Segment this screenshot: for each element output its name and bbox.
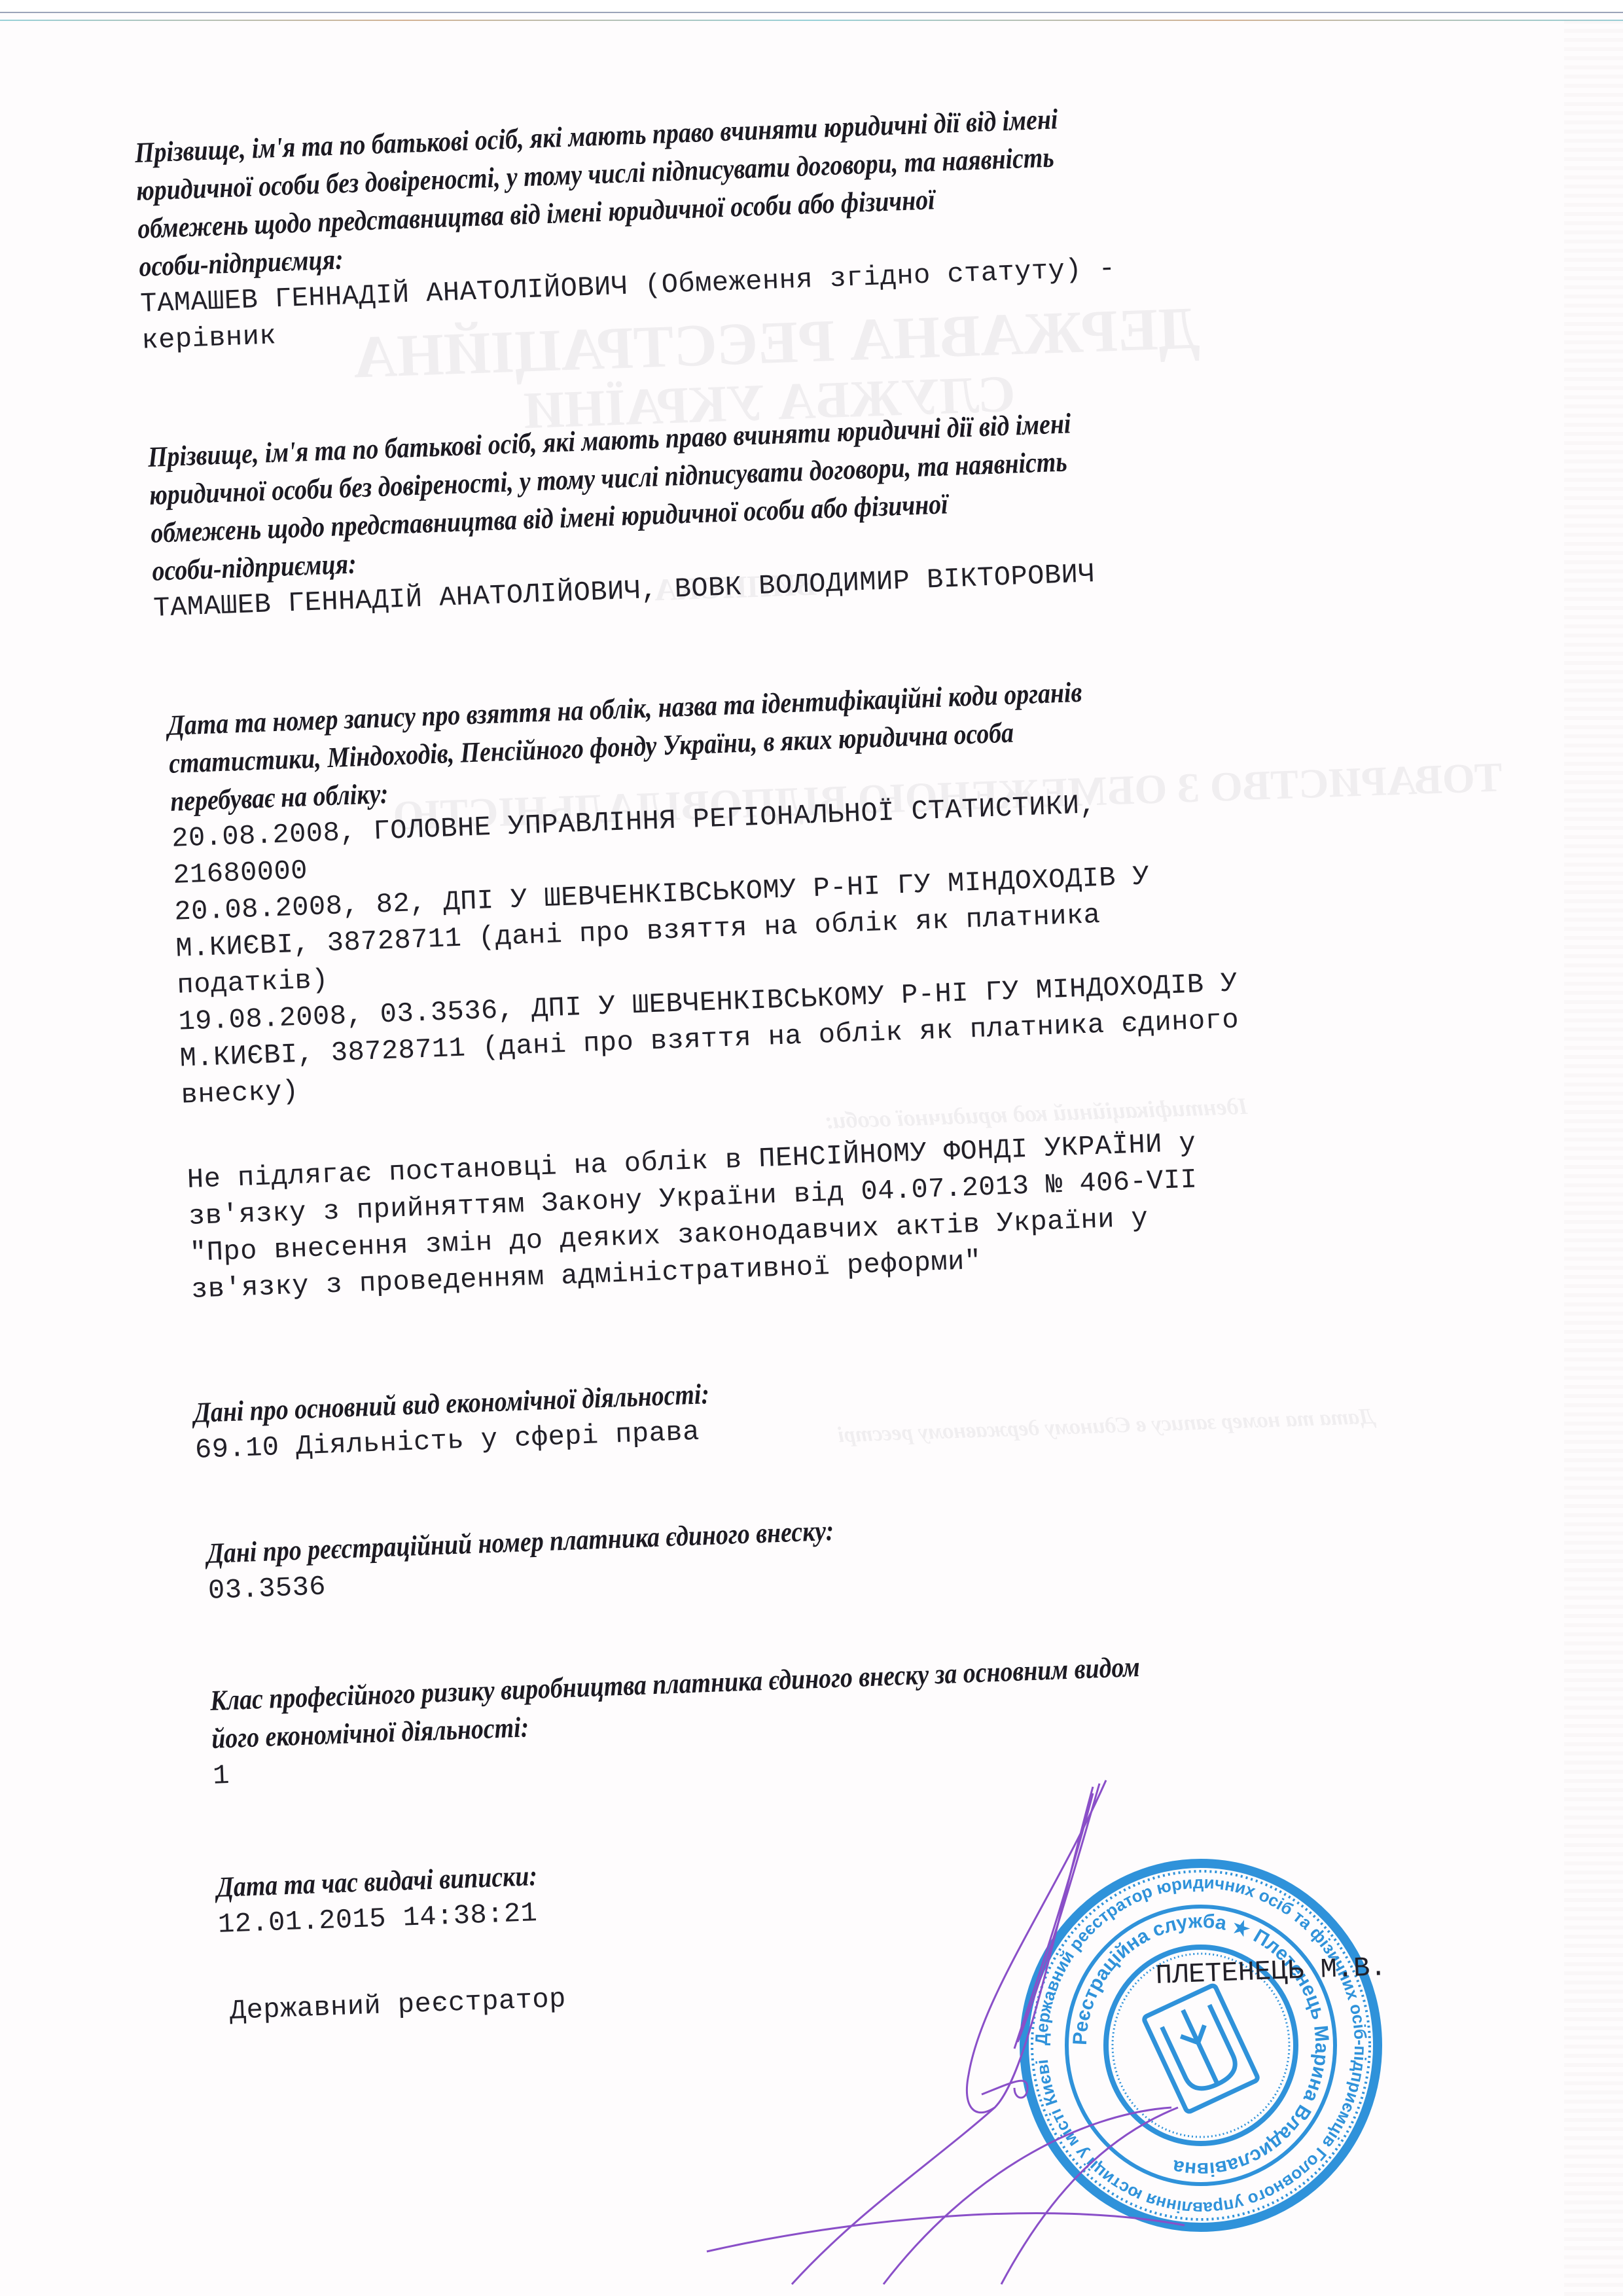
section-value: 20.08.2008, ГОЛОВНЕ УПРАВЛІННЯ РЕГІОНАЛЬ… bbox=[171, 768, 1620, 1113]
registrar-title: Державний реєстратор bbox=[229, 1981, 567, 2030]
handwritten-signature-icon bbox=[687, 1767, 1243, 2291]
section-economic-activity: Дані про основний вид економічної діяльн… bbox=[193, 1341, 1623, 1469]
section-contribution-number: Дані про реєстраційний номер платника єд… bbox=[206, 1482, 1623, 1609]
section-pension-fund-note: Не підлягає постановці на облік в ПЕНСІЙ… bbox=[187, 1124, 1200, 1308]
section-authorized-persons-1: Прізвище, ім'я та по батькові осіб, які … bbox=[134, 81, 1581, 359]
section-value: Не підлягає постановці на облік в ПЕНСІЙ… bbox=[187, 1124, 1200, 1308]
section-registration-records: Дата та номер запису про взяття на облік… bbox=[167, 654, 1620, 1113]
document-page: Прізвище, ім'я та по батькові осіб, які … bbox=[0, 0, 1623, 2296]
section-authorized-persons-2: Прізвище, ім'я та по батькові осіб, які … bbox=[147, 386, 1593, 626]
